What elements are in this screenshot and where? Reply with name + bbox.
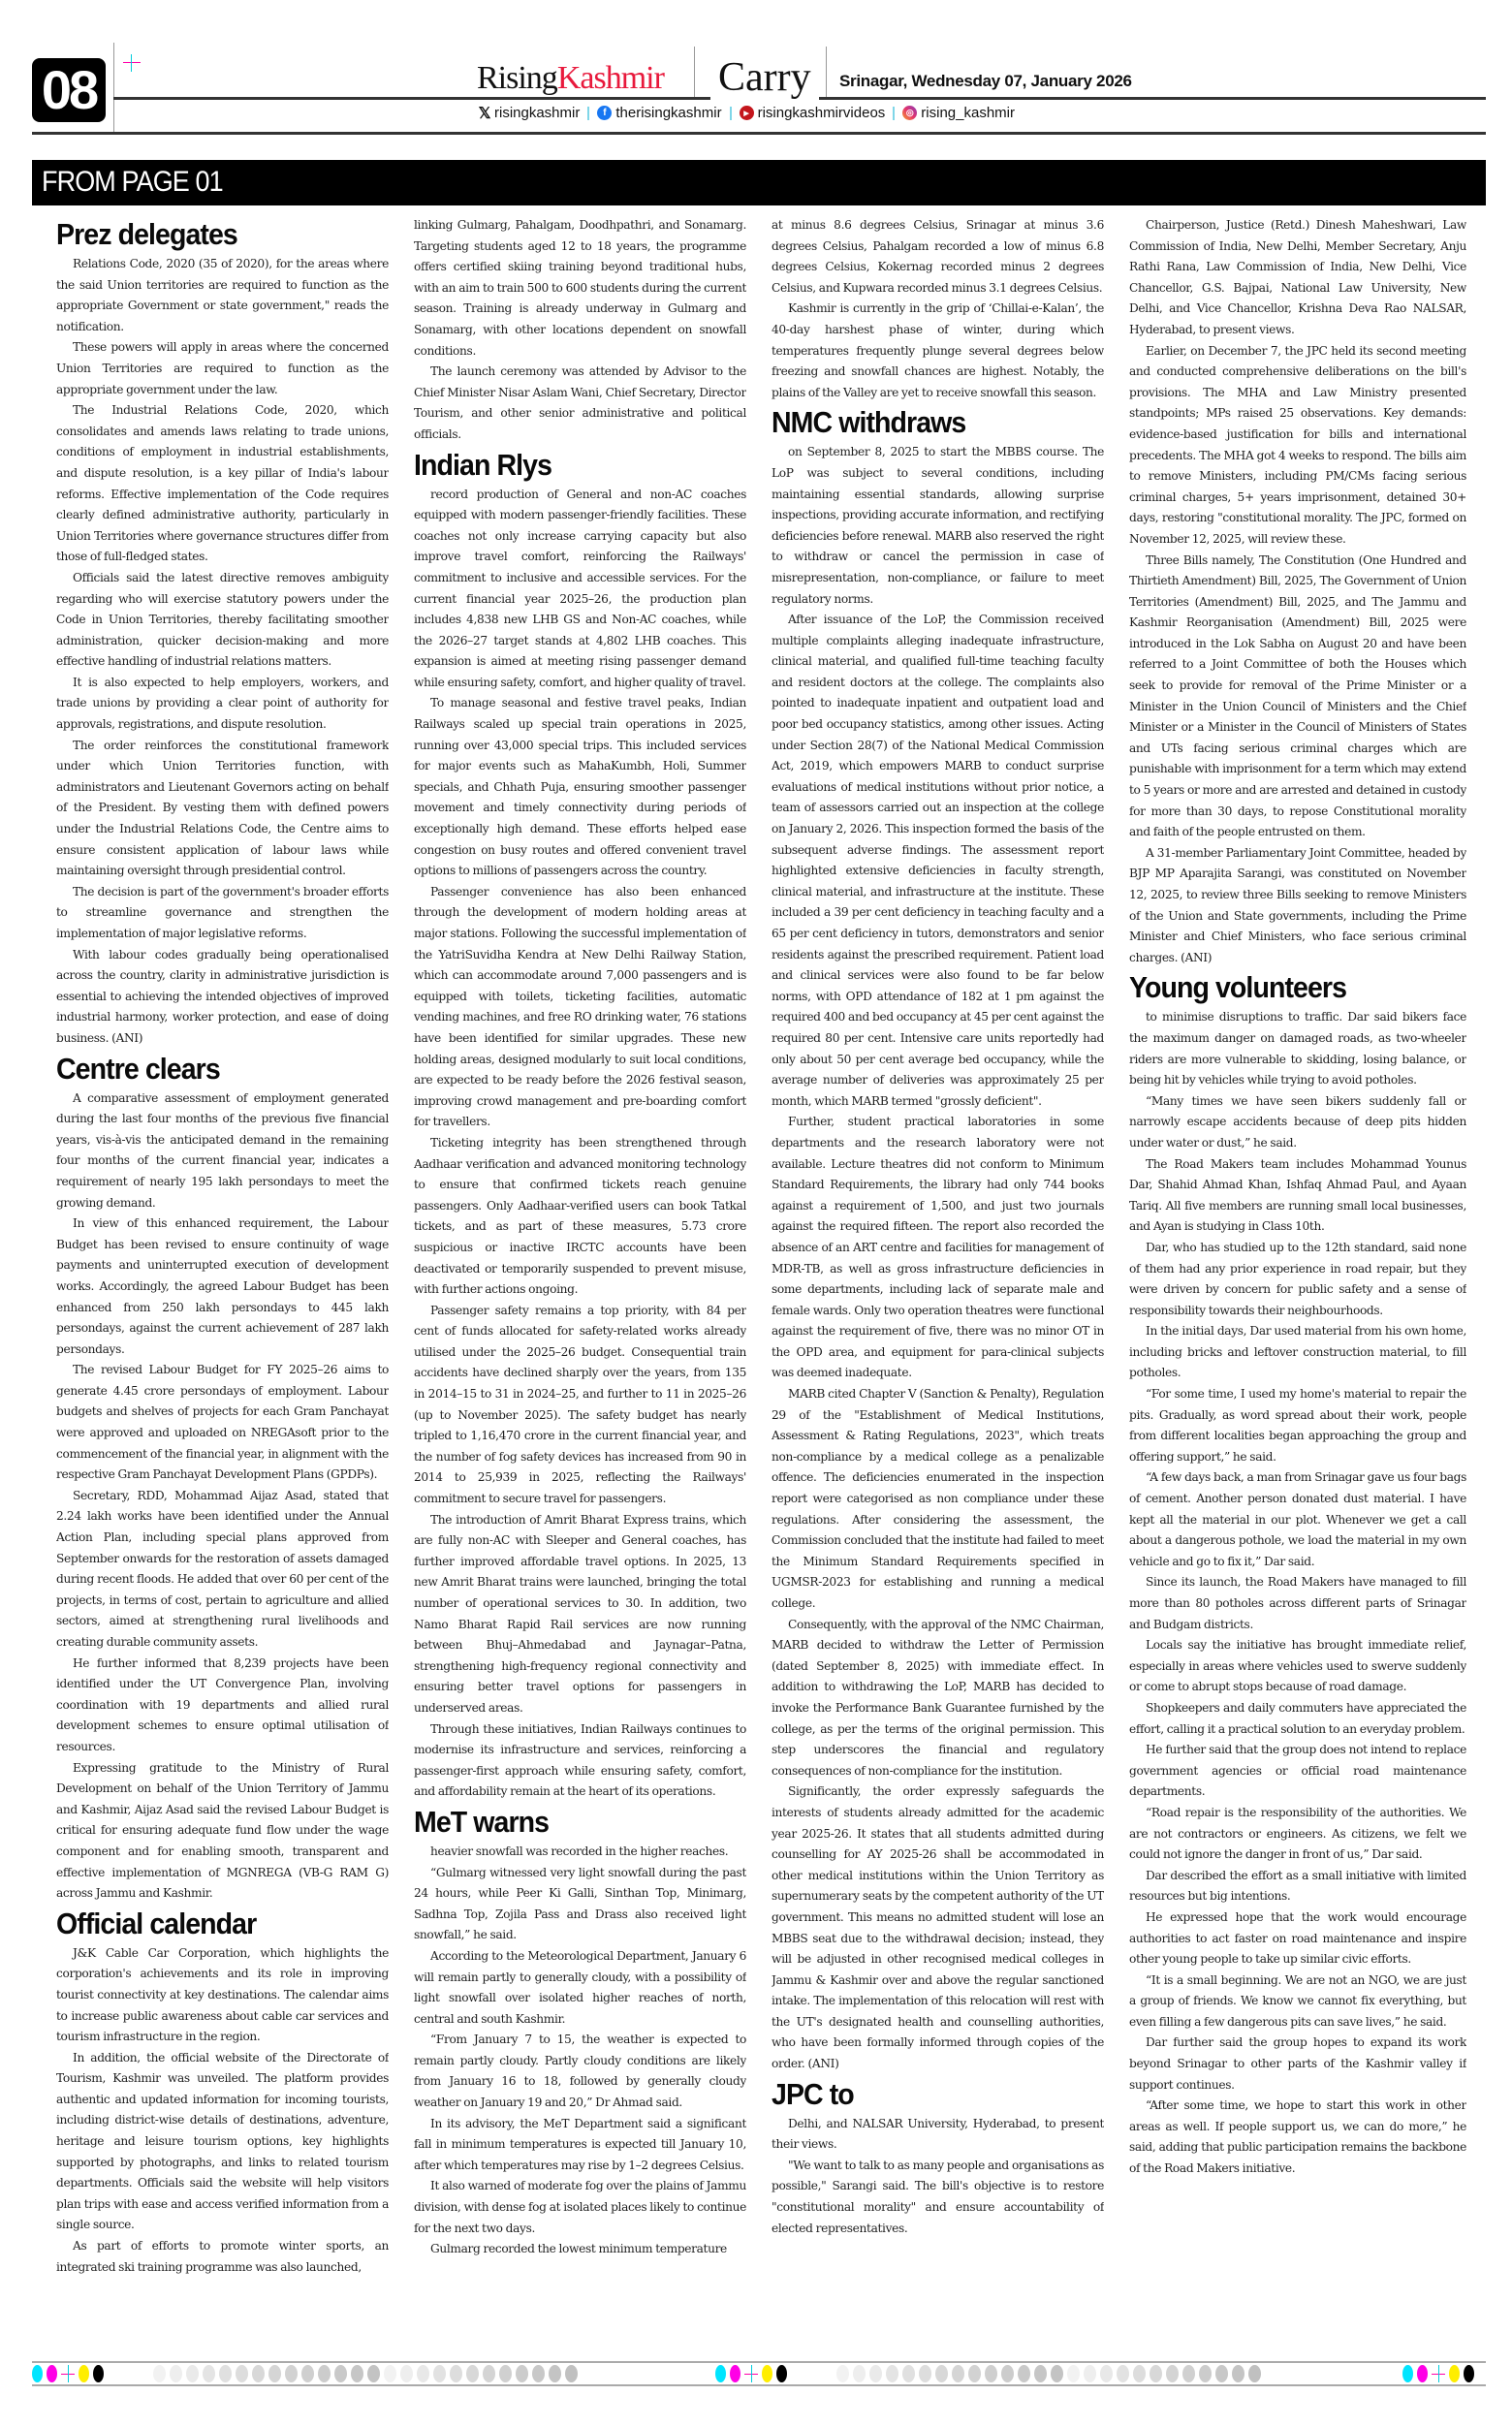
- paragraph: Passenger safety remains a top priority,…: [414, 1301, 746, 1510]
- youtube-icon: ▶: [740, 106, 754, 120]
- headline: Official calendar: [56, 1907, 362, 1941]
- paragraph: Kashmir is currently in the grip of ‘Chi…: [772, 299, 1104, 403]
- cyan-dot-icon: [715, 2365, 726, 2382]
- social-handle: rising_kashmir: [921, 105, 1015, 121]
- social-instagram[interactable]: ◎ rising_kashmir: [902, 105, 1015, 121]
- social-handles: 𝕏 risingkashmir f therisingkashmir ▶ ris…: [479, 105, 1015, 121]
- paragraph: “It is a small beginning. We are not an …: [1129, 1970, 1466, 2033]
- paragraph: Chairperson, Justice (Retd.) Dinesh Mahe…: [1129, 215, 1466, 341]
- paragraph: Passenger convenience has also been enha…: [414, 882, 746, 1133]
- paragraph: linking Gulmarg, Pahalgam, Doodhpathri, …: [414, 215, 746, 362]
- column-4: Chairperson, Justice (Retd.) Dinesh Mahe…: [1129, 215, 1466, 2338]
- paragraph: A 31-member Parliamentary Joint Committe…: [1129, 843, 1466, 969]
- paragraph: Since its launch, the Road Makers have m…: [1129, 1572, 1466, 1635]
- paragraph: The introduction of Amrit Bharat Express…: [414, 1510, 746, 1719]
- paragraph: to minimise disruptions to traffic. Dar …: [1129, 1007, 1466, 1090]
- black-dot-icon: [776, 2365, 787, 2382]
- paragraph: Dar further said the group hopes to expa…: [1129, 2033, 1466, 2096]
- crosshair-icon: [61, 2365, 75, 2382]
- social-youtube[interactable]: ▶ risingkashmirvideos: [740, 105, 886, 121]
- paragraph: In view of this enhanced requirement, th…: [56, 1213, 389, 1360]
- paragraph: at minus 8.6 degrees Celsius, Srinagar a…: [772, 215, 1104, 299]
- crosshair-icon: [744, 2365, 758, 2382]
- cmyk-marks: [715, 2365, 787, 2382]
- paragraph: As part of efforts to promote winter spo…: [56, 2236, 389, 2278]
- article-nmc-withdraws: NMC withdraws on September 8, 2025 to st…: [772, 405, 1104, 2074]
- instagram-icon: ◎: [902, 106, 917, 120]
- paragraph: Consequently, with the approval of the N…: [772, 1615, 1104, 1782]
- paragraph: In the initial days, Dar used material f…: [1129, 1321, 1466, 1384]
- brand-separator: [826, 47, 827, 97]
- paragraph: Dar, who has studied up to the 12th stan…: [1129, 1238, 1466, 1321]
- magenta-dot-icon: [730, 2365, 740, 2382]
- masthead-rule-bottom: [32, 132, 1486, 135]
- magenta-dot-icon: [1417, 2365, 1428, 2382]
- paragraph: Secretary, RDD, Mohammad Aijaz Asad, sta…: [56, 1486, 389, 1654]
- paragraph: It is also expected to help employers, w…: [56, 673, 389, 736]
- headline: Centre clears: [56, 1052, 362, 1087]
- cmyk-marks: [1402, 2365, 1474, 2382]
- paragraph: Officials said the latest directive remo…: [56, 568, 389, 673]
- paragraph: MARB cited Chapter V (Sanction & Penalty…: [772, 1384, 1104, 1615]
- article-met-warns: MeT warns heavier snowfall was recorded …: [414, 1805, 746, 2260]
- paragraph: It also warned of moderate fog over the …: [414, 2176, 746, 2239]
- paragraph: To manage seasonal and festive travel pe…: [414, 693, 746, 881]
- cmyk-marks: [32, 2365, 104, 2382]
- paragraph: “For some time, I used my home's materia…: [1129, 1384, 1466, 1467]
- paragraph: “From January 7 to 15, the weather is ex…: [414, 2030, 746, 2113]
- social-separator: [587, 107, 589, 120]
- section-title: FROM PAGE 01: [42, 166, 223, 199]
- x-icon: 𝕏: [479, 106, 490, 120]
- edition-label: Carry: [710, 54, 819, 101]
- yellow-dot-icon: [79, 2365, 89, 2382]
- paragraph: “A few days back, a man from Srinagar ga…: [1129, 1467, 1466, 1572]
- paragraph: The decision is part of the government's…: [56, 882, 389, 945]
- paragraph: Three Bills namely, The Constitution (On…: [1129, 551, 1466, 843]
- article-met-warns-continued: at minus 8.6 degrees Celsius, Srinagar a…: [772, 215, 1104, 403]
- black-dot-icon: [1464, 2365, 1474, 2382]
- paragraph: heavier snowfall was recorded in the hig…: [414, 1842, 746, 1863]
- paragraph: The order reinforces the constitutional …: [56, 736, 389, 882]
- paragraph: A comparative assessment of employment g…: [56, 1088, 389, 1214]
- facebook-icon: f: [597, 106, 612, 120]
- paragraph: Ticketing integrity has been strengthene…: [414, 1133, 746, 1301]
- social-x[interactable]: 𝕏 risingkashmir: [479, 105, 580, 121]
- tint-scale: [153, 2365, 578, 2382]
- paragraph: Shopkeepers and daily commuters have app…: [1129, 1698, 1466, 1740]
- paragraph: The Industrial Relations Code, 2020, whi…: [56, 400, 389, 568]
- registration-crosshair-icon: [123, 54, 141, 72]
- column-3: at minus 8.6 degrees Celsius, Srinagar a…: [772, 215, 1104, 2338]
- article-official-calendar-continued: linking Gulmarg, Pahalgam, Doodhpathri, …: [414, 215, 746, 446]
- dateline: Srinagar, Wednesday 07, January 2026: [839, 72, 1138, 91]
- magenta-dot-icon: [47, 2365, 57, 2382]
- paragraph: According to the Meteorological Departme…: [414, 1946, 746, 2030]
- paragraph: With labour codes gradually being operat…: [56, 945, 389, 1050]
- paragraph: Relations Code, 2020 (35 of 2020), for t…: [56, 254, 389, 337]
- social-separator: [730, 107, 732, 120]
- paragraph: record production of General and non-AC …: [414, 485, 746, 694]
- article-columns: Prez delegates Relations Code, 2020 (35 …: [56, 215, 1477, 2338]
- paragraph: Earlier, on December 7, the JPC held its…: [1129, 341, 1466, 551]
- logo-word-rising: Rising: [477, 60, 557, 96]
- headline: Young volunteers: [1129, 970, 1439, 1005]
- social-handle: risingkashmir: [494, 105, 580, 121]
- paragraph: Significantly, the order expressly safeg…: [772, 1781, 1104, 2074]
- paragraph: The Road Makers team includes Mohammad Y…: [1129, 1154, 1466, 1238]
- social-facebook[interactable]: f therisingkashmir: [597, 105, 721, 121]
- paragraph: “Many times we have seen bikers suddenly…: [1129, 1091, 1466, 1154]
- paragraph: In its advisory, the MeT Department said…: [414, 2114, 746, 2177]
- page-number: 08: [32, 58, 106, 122]
- social-handle: risingkashmirvideos: [758, 105, 886, 121]
- column-1: Prez delegates Relations Code, 2020 (35 …: [56, 215, 389, 2338]
- cyan-dot-icon: [1402, 2365, 1413, 2382]
- paragraph: These powers will apply in areas where t…: [56, 337, 389, 400]
- paragraph: on September 8, 2025 to start the MBBS c…: [772, 442, 1104, 610]
- paragraph: Locals say the initiative has brought im…: [1129, 1635, 1466, 1698]
- article-indian-rlys: Indian Rlys record production of General…: [414, 448, 746, 1803]
- article-centre-clears: Centre clears A comparative assessment o…: [56, 1052, 389, 1905]
- article-jpc-to-continued: Chairperson, Justice (Retd.) Dinesh Mahe…: [1129, 215, 1466, 968]
- black-dot-icon: [93, 2365, 104, 2382]
- social-handle: therisingkashmir: [615, 105, 721, 121]
- section-header: FROM PAGE 01: [32, 160, 1486, 205]
- paragraph: J&K Cable Car Corporation, which highlig…: [56, 1943, 389, 2048]
- column-2: linking Gulmarg, Pahalgam, Doodhpathri, …: [414, 215, 746, 2338]
- paragraph: “Road repair is the responsibility of th…: [1129, 1803, 1466, 1866]
- headline: JPC to: [772, 2077, 1078, 2112]
- paragraph: He further said that the group does not …: [1129, 1740, 1466, 1803]
- paragraph: “After some time, we hope to start this …: [1129, 2096, 1466, 2179]
- paragraph: Delhi, and NALSAR University, Hyderabad,…: [772, 2114, 1104, 2156]
- brand-separator: [694, 47, 695, 97]
- headline: Prez delegates: [56, 217, 362, 252]
- paragraph: "We want to talk to as many people and o…: [772, 2156, 1104, 2239]
- paragraph: “Gulmarg witnessed very light snowfall d…: [414, 1863, 746, 1946]
- paragraph: He expressed hope that the work would en…: [1129, 1907, 1466, 1970]
- paragraph: Expressing gratitude to the Ministry of …: [56, 1758, 389, 1905]
- logo-word-kashmir: Kashmir: [557, 60, 664, 96]
- paragraph: He further informed that 8,239 projects …: [56, 1654, 389, 1758]
- headline: NMC withdraws: [772, 405, 1078, 440]
- masthead-divider: [113, 43, 114, 132]
- headline: MeT warns: [414, 1805, 720, 1840]
- paragraph: Through these initiatives, Indian Railwa…: [414, 1719, 746, 1803]
- cyan-dot-icon: [32, 2365, 43, 2382]
- yellow-dot-icon: [762, 2365, 772, 2382]
- paragraph: The launch ceremony was attended by Advi…: [414, 362, 746, 445]
- print-registration-strip: [32, 2361, 1486, 2386]
- paragraph: The revised Labour Budget for FY 2025–26…: [56, 1360, 389, 1486]
- paragraph: In addition, the official website of the…: [56, 2048, 389, 2236]
- paragraph: Dar described the effort as a small init…: [1129, 1866, 1466, 1907]
- paragraph: Gulmarg recorded the lowest minimum temp…: [414, 2239, 746, 2260]
- headline: Indian Rlys: [414, 448, 720, 483]
- crosshair-icon: [1432, 2365, 1445, 2382]
- yellow-dot-icon: [1449, 2365, 1460, 2382]
- newspaper-logo: RisingKashmir: [473, 60, 668, 97]
- social-separator: [893, 107, 895, 120]
- article-prez-delegates: Prez delegates Relations Code, 2020 (35 …: [56, 217, 389, 1050]
- article-official-calendar: Official calendar J&K Cable Car Corporat…: [56, 1907, 389, 2279]
- paragraph: Further, student practical laboratories …: [772, 1112, 1104, 1384]
- article-young-volunteers: Young volunteers to minimise disruptions…: [1129, 970, 1466, 2179]
- article-jpc-to: JPC to Delhi, and NALSAR University, Hyd…: [772, 2077, 1104, 2240]
- paragraph: After issuance of the LoP, the Commissio…: [772, 610, 1104, 1112]
- tint-scale: [836, 2365, 1261, 2382]
